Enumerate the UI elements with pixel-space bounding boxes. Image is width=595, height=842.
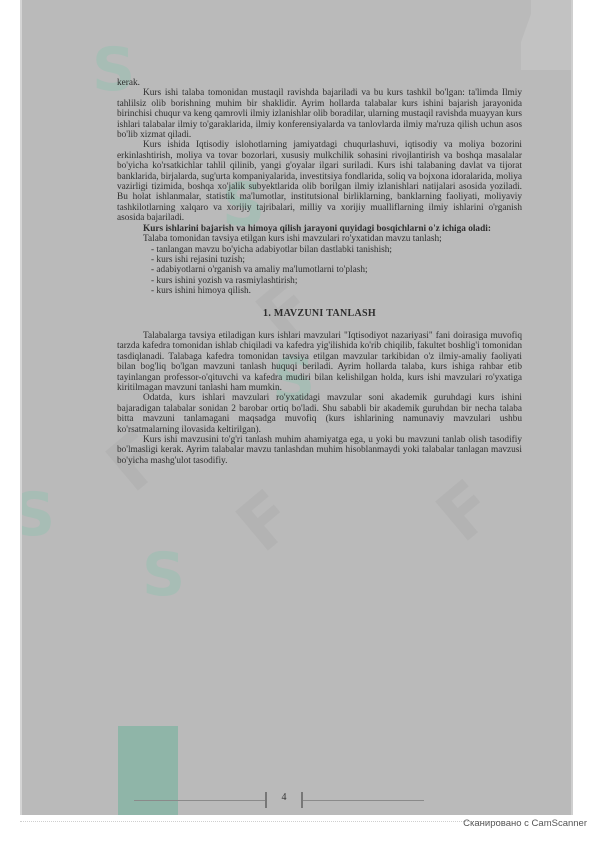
stages-heading: Kurs ishlarini bajarish va himoya qilish… bbox=[117, 224, 522, 234]
scanner-divider bbox=[20, 821, 500, 822]
watermark-f-icon: F bbox=[421, 464, 510, 558]
watermark-s-icon: S bbox=[142, 540, 185, 610]
watermark-block bbox=[118, 726, 178, 815]
document-body: kerak. Kurs ishi talaba tomonidan mustaq… bbox=[117, 78, 522, 466]
intro-tail: kerak. bbox=[117, 78, 522, 88]
section-heading: 1. MAVZUNI TANLASH bbox=[117, 309, 522, 319]
list-item: kurs ishini yozish va rasmiylashtirish; bbox=[151, 276, 522, 286]
camscanner-label: Сканировано с CamScanner bbox=[463, 818, 587, 829]
paragraph: Kurs ishi mavzusini to'g'ri tanlash muhi… bbox=[117, 435, 522, 466]
watermark-s-icon: S bbox=[20, 480, 55, 550]
page-corner-shadow bbox=[521, 0, 571, 70]
paragraph: Talabalarga tavsiya etiladigan kurs ishl… bbox=[117, 331, 522, 393]
list-item: tanlangan mavzu bo'yicha adabiyotlar bil… bbox=[151, 245, 522, 255]
list-item: kurs ishi rejasini tuzish; bbox=[151, 255, 522, 265]
page-number: 4 bbox=[265, 792, 303, 808]
watermark-f-icon: F bbox=[221, 474, 310, 568]
list-item: adabiyotlarni o'rganish va amaliy ma'lum… bbox=[151, 265, 522, 275]
paragraph: Talaba tomonidan tavsiya etilgan kurs is… bbox=[117, 234, 522, 244]
list-item: kurs ishini himoya qilish. bbox=[151, 286, 522, 296]
paragraph: Kurs ishi talaba tomonidan mustaqil ravi… bbox=[117, 88, 522, 140]
paragraph: Odatda, kurs ishlari mavzulari ro'yxatid… bbox=[117, 393, 522, 435]
stages-list: tanlangan mavzu bo'yicha adabiyotlar bil… bbox=[117, 245, 522, 297]
scanned-page: S S S S S F F F F kerak. Kurs ishi talab… bbox=[20, 0, 573, 815]
paragraph: Kurs ishida Iqtisodiy islohotlarning jam… bbox=[117, 140, 522, 223]
